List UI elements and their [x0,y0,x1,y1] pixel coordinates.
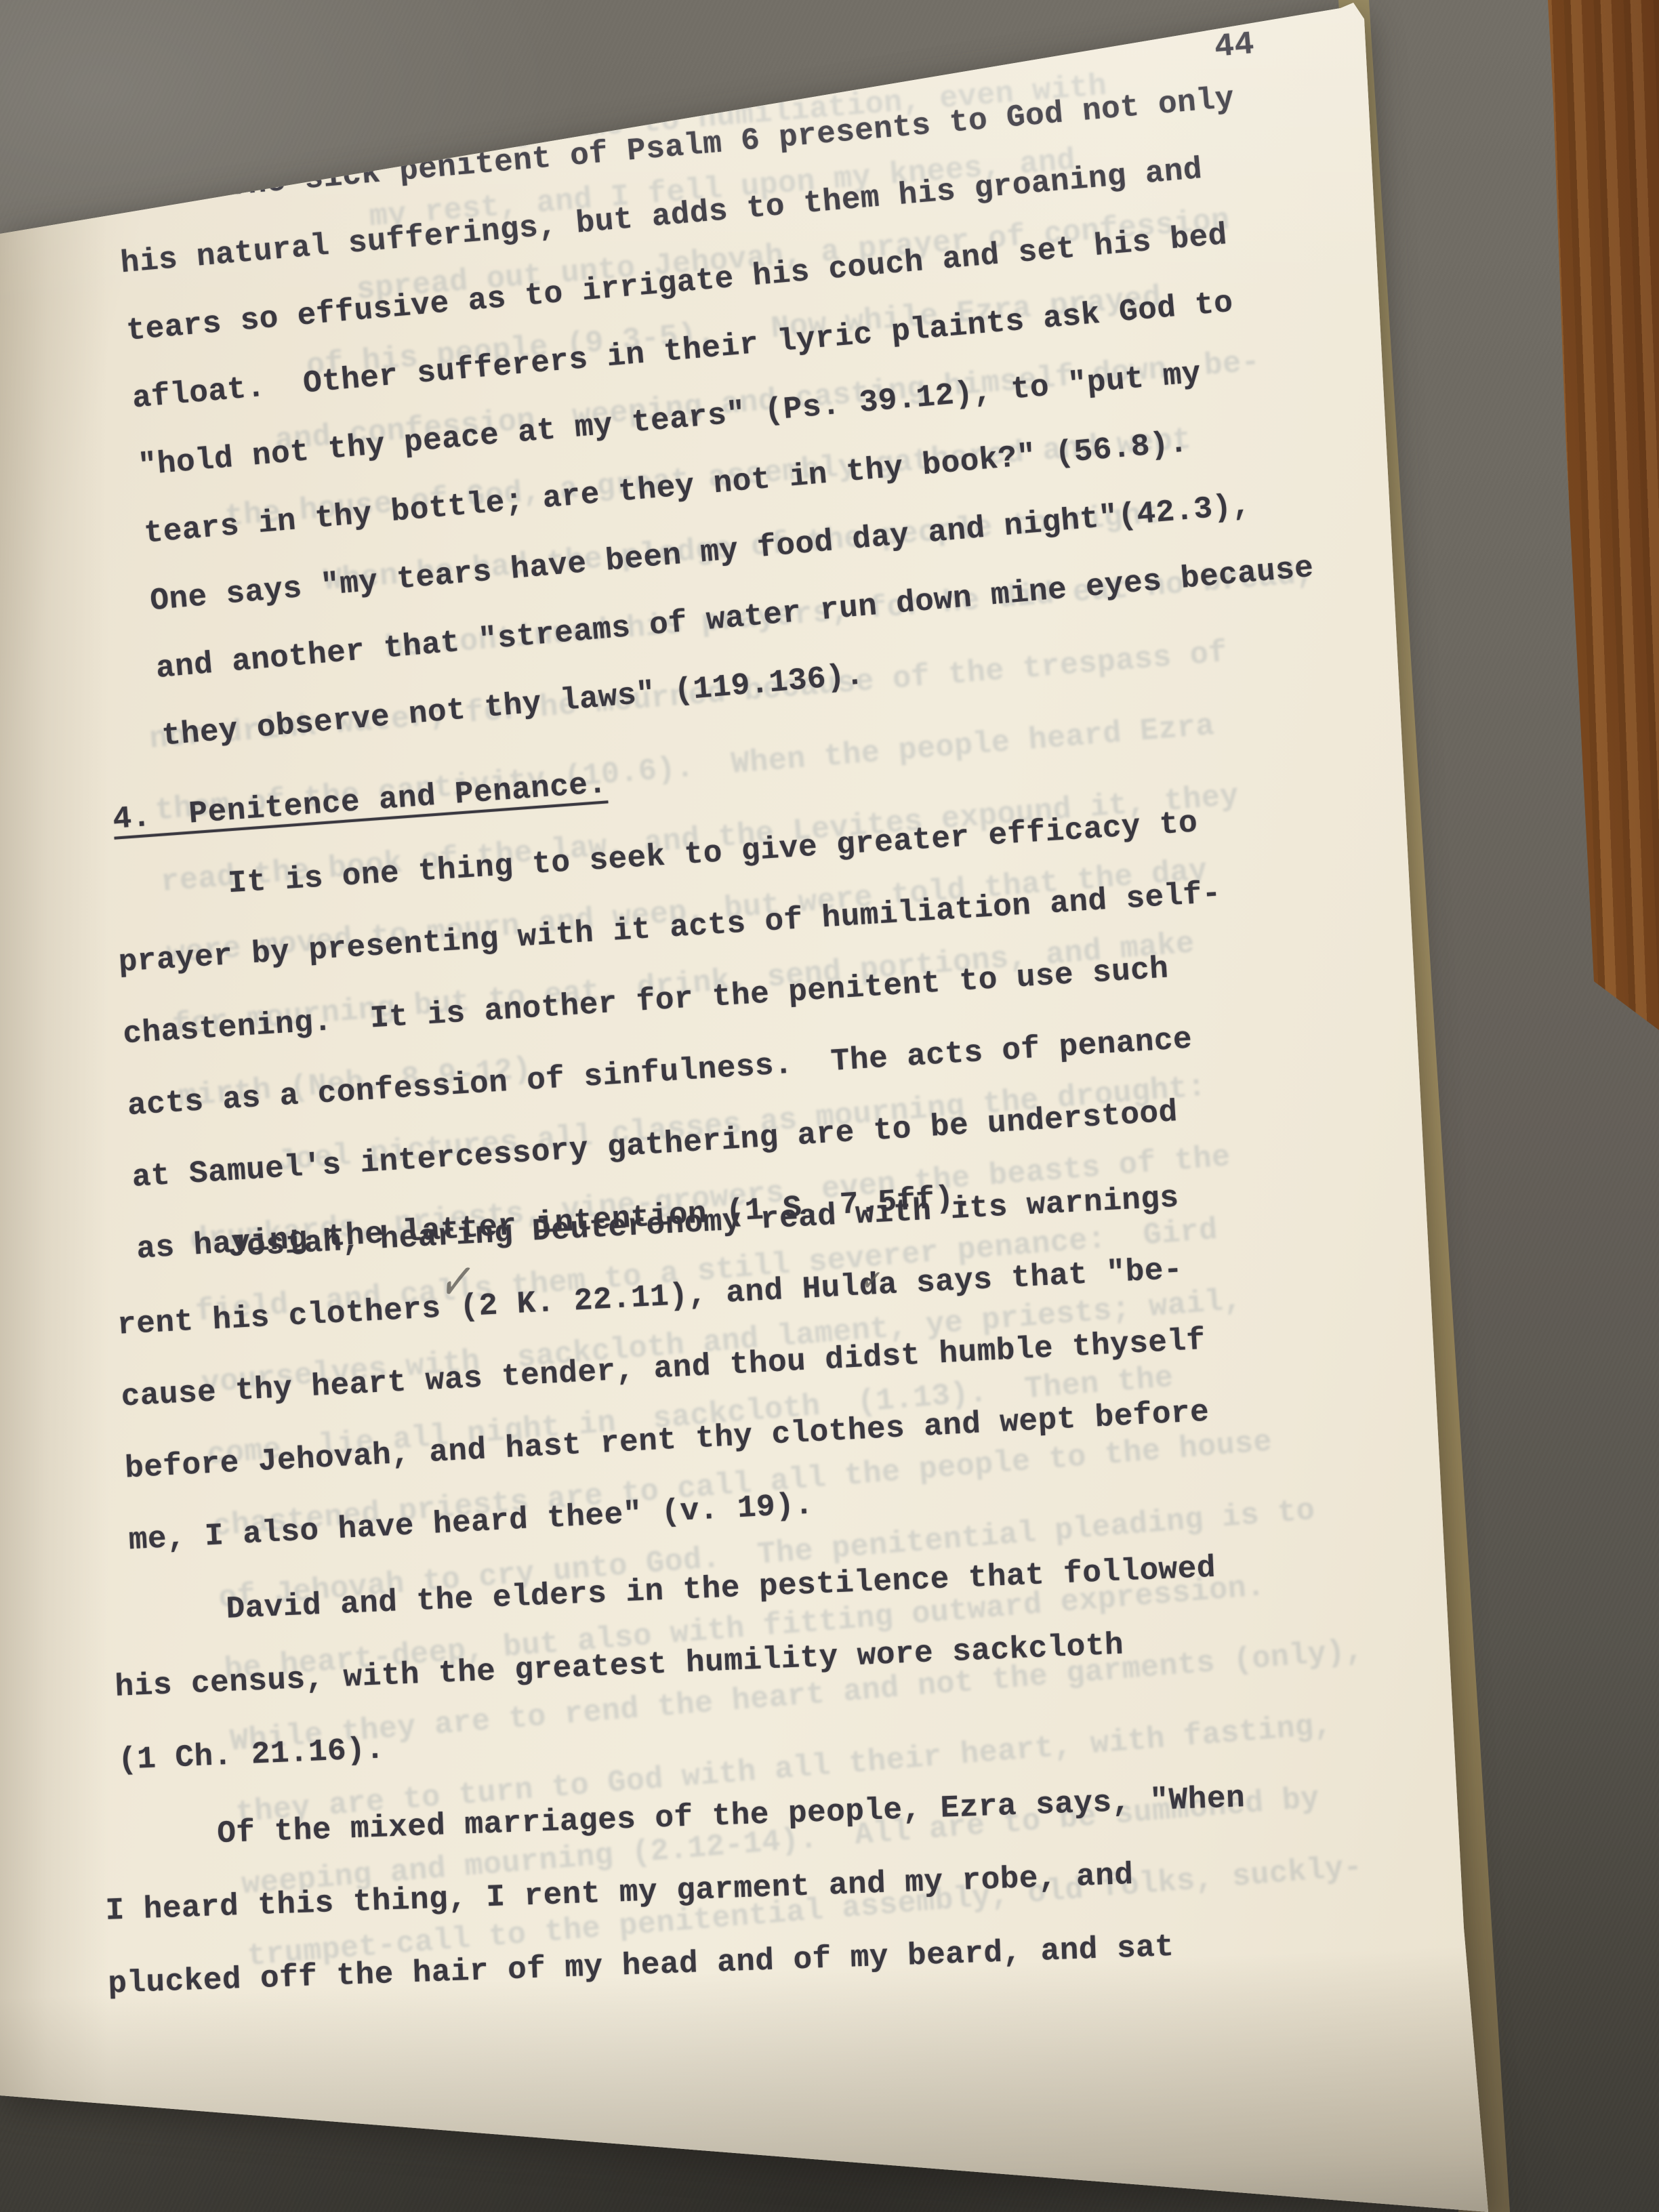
section-heading-penitence-and-penance: 4. Penitence and Penance. [110,750,609,853]
paragraph-ezra-mixed-marriages: Of the mixed marriages of the people, Ez… [102,1754,1477,2021]
bleed-through-ghost-text: the evening oblation. And at the brought… [95,0,1659,1993]
pencil-check-mark-large: ✓ [435,1246,480,1317]
photo-of-manuscript-page: the evening oblation. And at the brought… [0,0,1659,2212]
paragraph-sick-penitent: The sick penitent of Psalm 6 presents to… [112,45,1502,770]
manuscript-page: the evening oblation. And at the brought… [0,0,1659,2212]
paragraph-josiah-hulda: Josiah, hearing Deuteronomy read with it… [112,1147,1471,1576]
pencil-check-mark-small: ✓ [859,1261,885,1300]
manuscript-page-wrapper: the evening oblation. And at the brought… [0,0,1659,2212]
page-number: 44 [1213,26,1256,66]
paragraph-efficacy-of-prayer: It is one thing to seek to give greater … [112,771,1478,1286]
paragraph-david-elders: David and the elders in the pestilence t… [110,1521,1460,1797]
